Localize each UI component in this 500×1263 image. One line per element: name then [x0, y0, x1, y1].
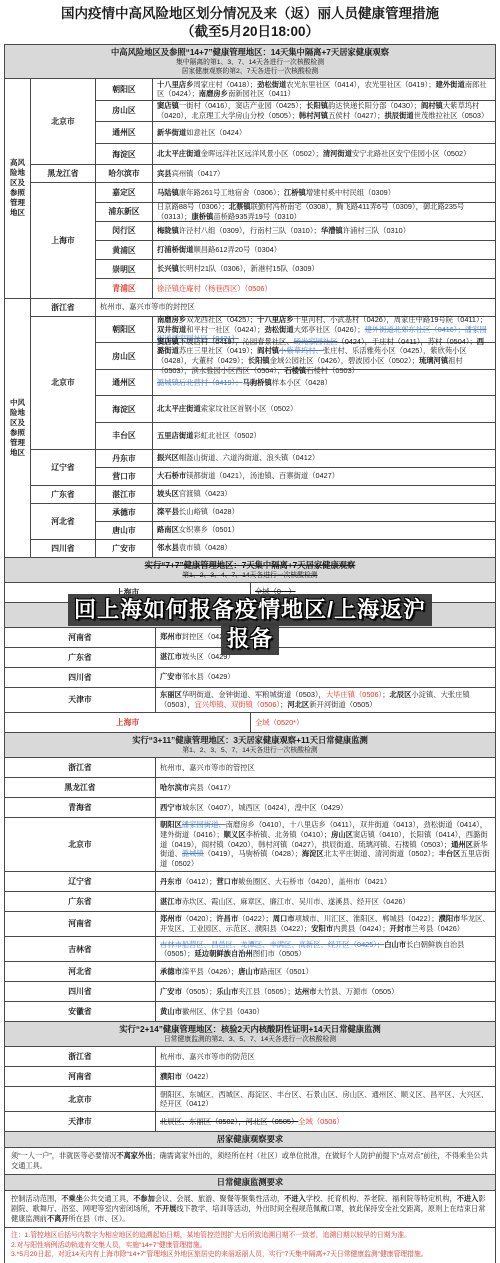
section-header-sub: 日常健康监测的第2、3、5、7、14天各进行一次核酸检测 — [9, 1035, 491, 1044]
section-header: 实行“7+7”健康管理地区：7天集中隔离+7天居家健康观察第1、2、3、4、7、… — [5, 558, 495, 583]
text-segment: 潞城镇后北营村（0419）； — [157, 378, 243, 387]
text-segment: 控制活动范围， — [11, 1194, 61, 1203]
table-row: 河南省郑州市（0420）；许昌市（0422）；周口市项城市、川汇区、淮阳区、郸城… — [5, 912, 495, 937]
text-segment: 增建村奚中村民组（0309） — [306, 188, 395, 197]
district-cell: 丰台区 — [96, 423, 153, 449]
areas-detail-cell: 郑州市（0420）；许昌市（0422）；周口市项城市、川汇区、淮阳区、郸城县（0… — [156, 912, 495, 936]
district-cell: 崇明区 — [96, 260, 153, 278]
section-header: 实行“2+14”健康管理地区：核验2天内核酸阴性证明+14天日常健康监测日常健康… — [5, 1022, 495, 1047]
text-segment: 下坡店村（0419），沁园春景社区、 — [179, 337, 294, 346]
district-rows: 哈尔滨市宾县宾州镇（0417） — [96, 165, 495, 182]
text-segment: 十里河村、小武基村（0426），周家庄中路19号院（0411）； — [294, 315, 487, 324]
table-row: 上海市全域（0520*） — [5, 713, 495, 733]
text-segment: 窦店镇 — [157, 101, 179, 110]
areas-detail-cell: 杭州市、嘉兴市等市的封控区 — [96, 299, 495, 316]
areas-detail-text: 潞城镇后北营村（0419）；马驹桥镇样本小区（0428） — [157, 378, 332, 388]
section-header-main: 居家健康观察要求 — [9, 1134, 491, 1145]
areas-detail-text: 西宁市城东区（0407），城西区（0424），湟中区（0429） — [160, 803, 347, 813]
text-segment: 徐泾镇 — [157, 284, 179, 293]
areas-detail-text: 日京路88号（0306）；北蔡镇联勤村冯桥南宅（0308），腾飞路411弄6号（… — [157, 202, 491, 221]
areas-detail-cell: 梅陇镇许泾村八组（0309），行南村三队（0310）；华漕镇许浦村三队（0310… — [153, 222, 495, 240]
table-row: 北京市朝阳区、东城区、西城区、海淀区、丰台区、石景山区、房山区、通州区、顺义区、… — [5, 1087, 495, 1112]
text-segment: 须“一人一户”，非就医等必要情况 — [11, 1151, 116, 1160]
text-segment: 索家坟社区首钢小区（0502） — [201, 404, 298, 413]
areas-detail-text: 郑州市（0420）；许昌市（0422）；周口市项城市、川汇区、淮阳区、郸城县（0… — [160, 914, 491, 933]
table-row: 天津市东丽区华明街道、金钟街道、军粮城街道（0503），大毕庄镇（0506）；北… — [5, 688, 495, 713]
text-segment: 样本小区（0428） — [272, 378, 332, 387]
text-segment: 宜兴埠镇、双街镇（0506） — [194, 700, 280, 709]
section-header-main: 实行“7+7”健康管理地区：7天集中隔离+7天居家健康观察 — [9, 560, 491, 571]
table-row: 浙江省杭州市、嘉兴市等市的防范区 — [5, 1047, 495, 1067]
table-row: 青海省西宁市城东区（0407），城西区（0424），湟中区（0429） — [5, 798, 495, 818]
district-cell: 朝阳区 — [96, 79, 153, 100]
areas-detail-text: 湛江市赤坎区、霞山区、麻章区、廉江市、吴川市、遂溪县、经开区（0426） — [160, 897, 410, 907]
text-segment: 邻水县（0429） — [182, 672, 235, 681]
text-segment: 和平村一社区（0424）； — [186, 325, 264, 334]
table-row: 营口市大石桥市镁都街道（0421），汤池镇、百寨街道（0427） — [96, 467, 495, 485]
text-segment: 不参加 — [133, 1194, 155, 1203]
text-segment: 清河街道 — [323, 149, 352, 158]
province-cell: 北京市 — [5, 1087, 156, 1111]
section-header: 中高风险地区及参照“14+7”健康管理地区：14天集中隔离+7天居家健康观察集中… — [5, 45, 495, 79]
province-cell: 浙江省 — [5, 758, 156, 777]
text-segment: 房山区 — [331, 830, 353, 839]
text-segment: 大毕庄镇（0506） — [326, 690, 382, 699]
text-segment: 康桥镇 — [191, 212, 213, 221]
text-segment: 长阳镇 — [248, 356, 270, 365]
areas-detail-text: 长兴镇长明村21队（0306），新港村15队（0309） — [157, 264, 319, 274]
province-cell: 河南省 — [5, 1067, 156, 1086]
text-segment: 杭州市、嘉兴市等市的防范区 — [160, 1052, 255, 1061]
district-cell: 青浦区 — [96, 279, 153, 297]
table-row: 嘉定区马陆镇康年路261号工地宿舍（0306）；江桥镇增建村奚中村民组（0309… — [96, 183, 495, 201]
province-cell: 四川省 — [5, 668, 156, 687]
areas-detail-cell: 朝阳区、东城区、西城区、海淀区、丰台区、石景山区、房山区、通州区、顺义区、昌平区… — [156, 1087, 495, 1111]
text-segment: 吉林市船营区、昌邑区、龙潭区、丰满区、高新区、经开区（0425）； — [160, 940, 384, 949]
watermark-line2: 报备 — [221, 623, 279, 655]
areas-detail-text: 北太平庄街道索家坟社区首钢小区（0502） — [157, 404, 297, 414]
district-cell: 营口市 — [96, 468, 153, 485]
text-segment: 旸光家园社区 — [294, 337, 338, 346]
table-row: 湛江市坡头区官渡镇（0423） — [96, 486, 495, 503]
text-segment: 不乘坐 — [61, 1194, 83, 1203]
text-segment: 大竹县、万源市（0505） — [317, 987, 399, 996]
areas-detail-text: 宾县宾州镇（0417） — [157, 169, 224, 179]
areas-detail-cell: 大石桥市镁都街道（0421），汤池镇、百寨街道（0427） — [153, 468, 495, 485]
text-segment: 拱辰街道 — [384, 111, 413, 120]
areas-detail-cell: 丹东市（0412）；营口市鲅鱼圈区、大石桥市（0420），盖州市（0421） — [156, 872, 495, 891]
province-group: 浙江省杭州市、嘉兴市等市的封控区 — [31, 299, 495, 316]
table-row: 唐山市路南区女织寨乡（0501） — [96, 521, 495, 539]
district-cell: 闵行区 — [96, 222, 153, 240]
text-segment: 长兴镇 — [157, 264, 179, 273]
table-row: 吉林省吉林市船营区、昌邑区、龙潭区、丰满区、高新区、经开区（0425）；白山市长… — [5, 937, 495, 962]
table-row: 海淀区北太平庄街道索家坟社区首钢小区（0502） — [96, 395, 495, 422]
text-segment: 振兴区 — [157, 453, 179, 462]
areas-detail-text: 哈尔滨市宾县（0417） — [160, 783, 235, 793]
text-segment: 内黄县（0424）； — [333, 924, 389, 933]
watermark-overlay: 回上海如何报备疫情地区/上海返沪 报备 — [0, 594, 500, 655]
table-row: 广安市邻水县袁市镇（0428） — [96, 540, 495, 557]
text-segment: 图们市（0505） — [253, 949, 306, 958]
text-segment: 周口市 — [273, 914, 295, 923]
text-segment: 马陆镇 — [157, 188, 179, 197]
text-segment: 农光东里社区（0414），农光里社区（0419）； — [286, 80, 435, 89]
watermark-line1: 回上海如何报备疫情地区/上海返沪 — [68, 594, 432, 626]
district-rows: 湛江市坡头区官渡镇（0423） — [96, 486, 495, 503]
areas-detail-cell: 北太平庄街道索家坟社区首钢小区（0502） — [153, 396, 495, 422]
table-row: 黑龙江省哈尔滨市宾县（0417） — [5, 778, 495, 798]
areas-detail-cell: 广安市（0505）；乐山市夹江县（0505）；达州市大竹县、万源市（0505） — [156, 982, 495, 1001]
text-segment: 宾县（0417） — [189, 783, 234, 792]
text-segment: 东丽区 — [160, 690, 182, 699]
areas-detail-text: 振兴区帽盔山街道、六道沟街道、浪头镇（0412） — [157, 453, 319, 463]
text-segment: （0420）； — [182, 914, 216, 923]
text-segment: 北辰区、东丽区（0502），河北区（0505） — [160, 1117, 298, 1126]
province-cell: 黑龙江省 — [5, 778, 156, 797]
text-segment: 潘家园街道、 — [182, 820, 226, 829]
text-segment: 滦平县（0426）； — [182, 967, 238, 976]
text-segment: 江桥镇 — [284, 188, 306, 197]
risk-band: 中风险地区及参照管理地区浙江省杭州市、嘉兴市等市的封控区北京市朝阳区南磨房乡双龙… — [5, 299, 495, 558]
table-row: 杭州市、嘉兴市等市的封控区 — [96, 299, 495, 316]
text-segment: 金域公园社区（0426），碧波园小区（0502）； — [270, 356, 419, 365]
title-line1: 国内疫情中高风险地区划分情况及来（返）丽人员健康管理措施 — [0, 5, 500, 23]
areas-detail-text: 五里店街道彩虹北社区（0502） — [157, 431, 261, 441]
areas-detail-text: 大石桥市镁都街道（0421），汤池镇、百寨街道（0427） — [157, 471, 339, 481]
footnote-line: 2.对与阳性病例活动轨迹有交集人员，实施“14+7”健康管理措施。 — [11, 1241, 489, 1251]
text-segment: （0422）； — [238, 914, 272, 923]
text-segment: 濮阳市 — [439, 914, 461, 923]
risk-band-body: 北京市朝阳区十八里店乡周家庄村（0418）；劲松街道农光东里社区（0414），农… — [31, 79, 495, 298]
document-page: 国内疫情中高风险地区划分情况及来（返）丽人员健康管理措施 （截至5月20日18:… — [0, 0, 500, 1263]
province-cell: 辽宁省 — [31, 450, 96, 485]
text-segment: 北太平庄街道 — [157, 404, 201, 413]
province-group: 北京市朝阳区十八里店乡周家庄村（0418）；劲松街道农光东里社区（0414），农… — [31, 79, 495, 164]
table-row: 海淀区北太平庄街道金晖远洋社区远洋风景小区（0502）；清河街道安宁北路社区安宁… — [96, 143, 495, 165]
text-segment: 开封市 — [390, 924, 412, 933]
text-segment: 新华街道 — [157, 128, 186, 137]
text-segment: 南磨房乡 — [199, 89, 228, 98]
district-cell: 哈尔滨市 — [96, 165, 153, 182]
areas-detail-text: 北辰区、东丽区（0502），河北区（0505）全域（0506） — [160, 1117, 344, 1127]
text-segment: 朝阳区、东城区、西城区、海淀区、丰台区、石景山区、房山区、通州区、顺义区、昌平区… — [160, 1090, 488, 1109]
text-segment: 滦平县 — [157, 507, 179, 516]
district-rows: 丹东市振兴区帽盔山街道、六道沟街道、浪头镇（0412）营口市大石桥市镁都街道（0… — [96, 450, 495, 485]
areas-detail-cell: 湛江市赤坎区、霞山区、麻章区、廉江市、吴川市、遂溪县、经开区（0426） — [156, 892, 495, 911]
areas-detail-cell: 全域（0520*） — [251, 713, 495, 732]
district-cell: 通州区 — [96, 122, 153, 143]
text-segment: 郑州市 — [160, 914, 182, 923]
text-segment: 女织寨乡（0501） — [179, 525, 239, 534]
province-cell: 河南省 — [5, 912, 156, 936]
areas-detail-cell: 十八里店乡周家庄村（0418）；劲松街道农光东里社区（0414），农光里社区（0… — [153, 79, 495, 100]
district-rows: 杭州市、嘉兴市等市的封控区 — [96, 299, 495, 316]
section-header-main: 日常健康监测要求 — [9, 1177, 491, 1188]
notice-text: 控制活动范围，不乘坐公共交通工具，不参加会议、会展、旅游、聚餐等聚集性活动，不进… — [5, 1191, 495, 1228]
text-segment: 湛江市 — [160, 897, 182, 906]
areas-detail-text: 马陆镇康年路261号工地宿舍（0306）；江桥镇增建村奚中村民组（0309） — [157, 188, 395, 198]
province-cell: 北京市 — [5, 818, 156, 871]
areas-detail-cell: 杭州市、嘉兴市等市的管控区 — [156, 758, 495, 777]
areas-detail-text: 十八里店乡周家庄村（0418）；劲松街道农光东里社区（0414），农光里社区（0… — [157, 80, 491, 99]
table-row: 黄浦区打浦桥街道顺昌路612弄20号（0304） — [96, 240, 495, 259]
province-cell: 安徽省 — [5, 1002, 156, 1021]
section-header-main: 实行“2+14”健康管理地区：核验2天内核酸阴性证明+14天日常健康监测 — [9, 1024, 491, 1035]
text-segment: 河北区 — [287, 700, 309, 709]
district-rows: 朝阳区南磨房乡双龙西社区（0425）；十八里店乡十里河村、小武基村（0426），… — [96, 317, 495, 449]
text-segment: 徽州区、休宁县（0430） — [182, 1007, 264, 1016]
table-row: 四川省广安市（0505）；乐山市夹江县（0505）；达州市大竹县、万源市（050… — [5, 982, 495, 1002]
text-segment: 南新园社区（0411） — [228, 89, 295, 98]
text-segment: 海淀区 — [302, 849, 324, 858]
text-segment: 北太平庄街道、清河街道（0502）； — [324, 849, 439, 858]
text-segment: 迮庵村（杨巷西区）（0506） — [179, 284, 272, 293]
province-group: 河北省承德市滦平县长山峪镇（0428）唐山市路南区女织寨乡（0501） — [31, 503, 495, 539]
district-cell: 唐山市 — [96, 522, 153, 539]
text-segment: 公共交通工具， — [83, 1194, 133, 1203]
district-cell: 海淀区 — [96, 144, 153, 165]
province-cell: 浙江省 — [5, 1047, 156, 1066]
section-header-main: 中高风险地区及参照“14+7”健康管理地区：14天集中隔离+7天居家健康观察 — [9, 47, 491, 58]
areas-detail-text: 滦平县长山峪镇（0428） — [157, 507, 239, 517]
district-cell: 嘉定区 — [96, 183, 153, 201]
table-row: 天津市北辰区、东丽区（0502），河北区（0505）全域（0506） — [5, 1112, 495, 1132]
section-header: 日常健康监测要求 — [5, 1175, 495, 1191]
text-segment: 承德市 — [160, 967, 182, 976]
areas-detail-text: 承德市滦平县（0426）；唐山市路南区（0501） — [160, 967, 313, 977]
province-group: 四川省广安市邻水县袁市镇（0428） — [31, 539, 495, 557]
district-rows: 承德市滦平县长山峪镇（0428）唐山市路南区女织寨乡（0501） — [96, 504, 495, 539]
text-segment: 哈尔滨市 — [160, 783, 189, 792]
table-row: 房山区窦店镇一街村（0416），窦店产业园（0425）；长阳镇韵达快递长阳分部（… — [96, 100, 495, 122]
text-segment: 五侯村（0427）； — [328, 111, 384, 120]
section-header-sub: 集中隔离的第1、3、7、14天各进行一次核酸检测 — [9, 58, 491, 67]
text-segment: 黄山市 — [160, 1007, 182, 1016]
text-segment: 杭州市、嘉兴市等市的管控区 — [160, 763, 255, 772]
table-row: 通州区潞城镇后北营村（0419）；马驹桥镇样本小区（0428） — [96, 369, 495, 396]
table-row: 崇明区长兴镇长明村21队（0306），新港村15队（0309） — [96, 259, 495, 278]
text-segment: 丹东市 — [160, 877, 182, 886]
section-header: 居家健康观察要求 — [5, 1132, 495, 1148]
areas-detail-text: 路南区女织寨乡（0501） — [157, 525, 239, 535]
text-segment: 阎村镇 — [421, 101, 443, 110]
text-segment: 马驹桥镇 — [243, 378, 272, 387]
province-cell: 青海省 — [5, 798, 156, 817]
text-segment: 官渡镇（0423） — [179, 489, 232, 498]
text-segment: 路南区（0501） — [260, 967, 313, 976]
district-cell: 朝阳区 — [96, 317, 153, 343]
text-segment: 韩村河镇 — [299, 111, 328, 120]
text-segment: 北辰区 — [390, 690, 412, 699]
district-cell: 通州区 — [96, 370, 153, 396]
text-segment: 北太平庄街道 — [157, 149, 201, 158]
text-segment: 袁市镇（0428） — [179, 543, 232, 552]
risk-band-label: 高风险地区及参照管理地区 — [5, 79, 31, 298]
areas-detail-cell: 打浦桥街道顺昌路612弄20号（0304） — [153, 241, 495, 259]
risk-band-label: 中风险地区及参照管理地区 — [5, 299, 31, 557]
areas-detail-text: 朝阳区、东城区、西城区、海淀区、丰台区、石景山区、房山区、通州区、顺义区、昌平区… — [160, 1090, 491, 1109]
table-row: 河北省承德市滦平县（0426）；唐山市路南区（0501） — [5, 962, 495, 982]
province-cell: 四川省 — [31, 540, 96, 557]
text-segment: 许昌市 — [216, 914, 238, 923]
text-segment: 如意社区（0424） — [186, 128, 246, 137]
areas-detail-cell: 滦平县长山峪镇（0428） — [153, 504, 495, 521]
text-segment: 会议、会展、旅游、聚餐等聚集性活动， — [155, 1194, 284, 1203]
text-segment: 鲅鱼圈区、大石桥市（0420），盖州市（0421） — [238, 877, 391, 886]
notice-text: 须“一人一户”，非就医等必要情况不离家外出；确需离家外出的，须经所在村（社区）或… — [5, 1148, 495, 1175]
areas-detail-text: 朝阳区潘家园街道、南磨房乡（0410），十八里店乡（0411），双井街道（041… — [160, 820, 491, 868]
text-segment: 杭州市、嘉兴市等市的封控区 — [100, 302, 195, 311]
province-cell: 北京市 — [31, 79, 96, 164]
text-segment: 潞城镇 — [182, 849, 204, 858]
areas-detail-cell: 承德市滦平县（0426）；唐山市路南区（0501） — [156, 962, 495, 981]
text-segment: 广安市 — [160, 672, 182, 681]
areas-detail-cell: 吉林市船营区、昌邑区、龙潭区、丰满区、高新区、经开区（0425）；白山市长白朝鲜… — [156, 937, 495, 961]
text-segment: 西宁市 — [160, 803, 182, 812]
areas-detail-text: 吉林市船营区、昌邑区、龙潭区、丰满区、高新区、经开区（0425）；白山市长白朝鲜… — [160, 940, 491, 959]
areas-detail-cell: 宾县宾州镇（0417） — [153, 165, 495, 182]
text-segment: 顺昌路612弄20号（0304） — [193, 245, 281, 254]
text-segment: 梅陇镇 — [157, 226, 179, 235]
province-cell: 辽宁省 — [5, 872, 156, 891]
text-segment: 五里店街道 — [157, 431, 193, 440]
province-cell: 天津市 — [5, 688, 156, 712]
text-segment: 所在县（市、区）。 — [69, 1214, 130, 1223]
areas-detail-cell: 东丽区华明街道、金钟街道、军粮城街道（0503），大毕庄镇（0506）；北辰区小… — [156, 688, 495, 712]
province-cell: 上海市 — [31, 183, 96, 297]
district-rows: 朝阳区十八里店乡周家庄村（0418）；劲松街道农光东里社区（0414），农光里社… — [96, 79, 495, 164]
areas-detail-cell: 杭州市、嘉兴市等市的防范区 — [156, 1047, 495, 1066]
text-segment: 宾州镇（0417） — [172, 169, 225, 178]
text-segment: 金晖远洋社区远洋风景小区（0502）； — [201, 149, 323, 158]
areas-detail-text: 梅陇镇许泾村八组（0309），行南村三队（0310）；华漕镇许浦村三队（0310… — [157, 226, 410, 236]
text-segment: 双龙西社区（0425）； — [186, 315, 257, 324]
text-segment: 新开河街道（0505） — [309, 700, 376, 709]
table-row: 浙江省杭州市、嘉兴市等市的管控区 — [5, 758, 495, 778]
text-segment: 大郊亭社区（0426）； — [294, 325, 365, 334]
table-row: 房山区窦店镇下坡店村（0419），沁园春景社区、旸光家园社区（0424），于庄村… — [96, 342, 495, 369]
table-row: 丹东市振兴区帽盔山街道、六道沟街道、浪头镇（0412） — [96, 450, 495, 467]
footnote-line: 3.*5月20日起，对近14天内有上海市除“14+7”管理地区外地区旅居史的来丽… — [11, 1250, 489, 1260]
areas-detail-cell: 广安市邻水县（0429） — [156, 668, 495, 687]
district-cell: 海淀区 — [96, 396, 153, 422]
district-rows: 嘉定区马陆镇康年路261号工地宿舍（0306）；江桥镇增建村奚中村民组（0309… — [96, 183, 495, 297]
areas-detail-cell: 西宁市城东区（0407），城西区（0424），湟中区（0429） — [156, 798, 495, 817]
text-segment: 琉璃河镇 — [419, 356, 448, 365]
table-row: 朝阳区十八里店乡周家庄村（0418）；劲松街道农光东里社区（0414），农光里社… — [96, 79, 495, 100]
text-segment: 日京路88号（0306）； — [157, 202, 229, 211]
district-cell: 丹东市 — [96, 450, 153, 467]
province-group: 辽宁省丹东市振兴区帽盔山街道、六道沟街道、浪头镇（0412）营口市大石桥市镁都街… — [31, 449, 495, 485]
text-segment: （0424），于庄村（0411），苏村（0504）； — [337, 337, 476, 346]
areas-detail-text: 窦店镇一街村（0416），窦店产业园（0425）；长阳镇韵达快递长阳分部（043… — [157, 101, 491, 120]
text-segment: 不进入 — [284, 1194, 306, 1203]
areas-detail-cell: 北太平庄街道金晖远洋社区远洋风景小区（0502）；清河街道安宁北路社区安宁佳园小… — [153, 144, 495, 165]
province-group: 黑龙江省哈尔滨市宾县宾州镇（0417） — [31, 164, 495, 182]
district-cell: 承德市 — [96, 504, 153, 521]
areas-detail-text: 黄山市徽州区、休宁县（0430） — [160, 1007, 264, 1017]
areas-detail-text: 濮阳市（0422） — [160, 1072, 213, 1082]
areas-detail-cell: 马陆镇康年路261号工地宿舍（0306）；江桥镇增建村奚中村民组（0309） — [153, 183, 495, 201]
text-segment: 北蔡镇 — [229, 202, 251, 211]
areas-detail-text: 丹东市（0412）；营口市鲅鱼圈区、大石桥市（0420），盖州市（0421） — [160, 877, 391, 887]
areas-detail-cell: 坡头区官渡镇（0423） — [153, 486, 495, 503]
text-segment: 双井街道 — [157, 325, 186, 334]
areas-detail-cell: 五里店街道彩虹北社区（0502） — [153, 423, 495, 449]
text-segment: 不进入 — [457, 1194, 479, 1203]
text-segment: 长山峪镇（0428） — [179, 507, 239, 516]
text-segment: 学校、托育机构、养老院、福利院等特定机构， — [306, 1194, 457, 1203]
text-segment: 达州市 — [295, 987, 317, 996]
table-row: 通州区新华街道如意社区（0424） — [96, 121, 495, 143]
province-cell: 浙江省 — [31, 299, 96, 316]
text-segment: 全域（0520*） — [255, 718, 303, 727]
text-segment: 彩虹北社区（0502） — [193, 431, 260, 440]
district-rows: 广安市邻水县袁市镇（0428） — [96, 540, 495, 557]
table-row: 浦东新区日京路88号（0306）；北蔡镇联勤村冯桥南宅（0308），腾飞路411… — [96, 202, 495, 221]
province-cell: 黑龙江省 — [31, 165, 96, 182]
text-segment: 康年路261号工地宿舍（0306）； — [179, 188, 284, 197]
province-cell: 天津市 — [5, 1112, 156, 1131]
text-segment: （0412）； — [182, 877, 216, 886]
district-cell: 房山区 — [96, 343, 153, 369]
province-cell: 广东省 — [5, 892, 156, 911]
district-cell: 湛江市 — [96, 486, 153, 503]
text-segment: 李桥镇、北务镇（0410）； — [246, 830, 332, 839]
text-segment: 安阳市 — [311, 924, 333, 933]
footnotes: 注：1.管控地区后括号内数字为相应地区的追溯起始日期，某地管控范围扩大后所致追溯… — [5, 1228, 495, 1263]
province-group: 广东省湛江市坡头区官渡镇（0423） — [31, 485, 495, 503]
text-segment: 苏庄三里社区（0419）； — [179, 346, 257, 355]
text-segment: 华明街道、金钟街道、军粮城街道（0503）， — [182, 690, 326, 699]
table-row: 辽宁省丹东市（0412）；营口市鲅鱼圈区、大石桥市（0420），盖州市（0421… — [5, 872, 495, 892]
text-segment: 十八里店乡 — [157, 80, 193, 89]
province-group: 上海市嘉定区马陆镇康年路261号工地宿舍（0306）；江桥镇增建村奚中村民组（0… — [31, 182, 495, 297]
areas-detail-cell: 日京路88号（0306）；北蔡镇联勤村冯桥南宅（0308），腾飞路411弄6号（… — [153, 203, 495, 221]
text-segment: 镁都街道（0421），汤池镇、百寨街道（0427） — [186, 471, 339, 480]
text-segment: 建外街道 — [436, 80, 465, 89]
table-row: 闵行区梅陇镇许泾村八组（0309），行南村三队（0310）；华漕镇许浦村三队（0… — [96, 221, 495, 240]
text-segment: 城东区（0407），城西区（0424），湟中区（0429） — [182, 803, 347, 812]
text-segment: 唐山市 — [238, 967, 260, 976]
table-row: 哈尔滨市宾县宾州镇（0417） — [96, 165, 495, 182]
table-row: 广东省湛江市赤坎区、霞山区、麻章区、廉江市、吴川市、遂溪县、经开区（0426） — [5, 892, 495, 912]
text-segment: 许浦村三队（0310） — [343, 226, 410, 235]
section-header-main: 实行“3+11”健康管理地区：3天居家健康观察+11天日常健康监测 — [9, 735, 491, 746]
text-segment: 阎村镇 — [257, 346, 279, 355]
text-segment: 大石桥市 — [157, 471, 186, 480]
text-segment: 广安市 — [160, 987, 182, 996]
text-segment: 劲松街道 — [264, 325, 293, 334]
text-segment: 赤坎区、霞山区、麻章区、廉江市、吴川市、遂溪县、经开区（0426） — [182, 897, 410, 906]
text-segment: 通州区 — [451, 840, 473, 849]
province-cell: 河北省 — [31, 504, 96, 539]
text-segment: 苗桥路935弄19号（0310） — [213, 212, 301, 221]
text-segment: 夹江县（0505）； — [238, 987, 294, 996]
district-cell: 黄浦区 — [96, 241, 153, 259]
areas-detail-cell: 路南区女织寨乡（0501） — [153, 522, 495, 539]
footnote-line: 注：1.管控地区后括号内数字为相应地区的追溯起始日期，某地管控范围扩大后所致追溯… — [11, 1231, 489, 1241]
province-cell: 上海市 — [5, 713, 251, 732]
areas-detail-cell: 哈尔滨市宾县（0417） — [156, 778, 495, 797]
text-segment: 南磨房乡 — [157, 315, 186, 324]
text-segment: 坡头区 — [157, 489, 179, 498]
text-segment: 一街村（0416），窦店产业园（0425）； — [179, 101, 306, 110]
province-cell: 四川省 — [5, 982, 156, 1001]
areas-detail-text: 杭州市、嘉兴市等市的防范区 — [160, 1052, 255, 1062]
text-segment: 周家庄村（0418）； — [193, 80, 257, 89]
